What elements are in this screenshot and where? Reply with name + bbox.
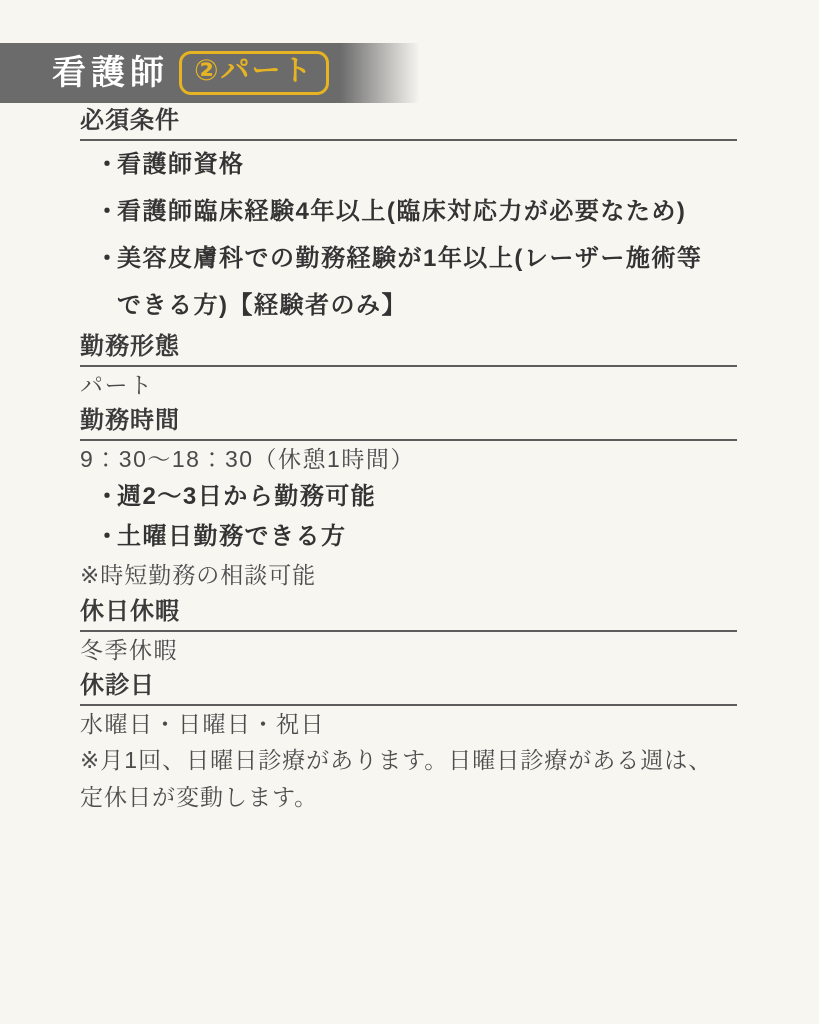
working-hours-note: ※時短勤務の相談可能 [80,557,737,594]
list-item-text: 週2〜3日から勤務可能 [117,477,737,517]
content-area: 必須条件 ・ 看護師資格 ・ 看護師臨床経験4年以上(臨床対応力が必要なため) … [80,103,737,816]
text-line: ※時短勤務の相談可能 [80,562,316,588]
text-line: ※月1回、日曜日診療があります。日曜日診療がある週は、 [80,747,712,773]
section-title-holidays: 休日休暇 [80,594,737,632]
section-title-employment-type: 勤務形態 [80,329,737,367]
list-item-text: 看護師資格 [117,141,737,188]
bullet-icon: ・ [95,517,117,557]
bullet-icon: ・ [95,188,117,235]
job-posting-page: 看護師 ②パート 必須条件 ・ 看護師資格 ・ 看護師臨床経験4年以上(臨床対応… [0,43,819,816]
text-line: できる方)【経験者のみ】 [117,282,737,329]
text-line: 週2〜3日から勤務可能 [117,477,737,517]
list-item: ・ 看護師臨床経験4年以上(臨床対応力が必要なため) [80,188,737,235]
requirements-list: ・ 看護師資格 ・ 看護師臨床経験4年以上(臨床対応力が必要なため) ・ 美容皮… [80,141,737,329]
employment-type-value: パート [80,367,737,403]
bullet-icon: ・ [95,235,117,329]
working-hours-value: 9：30〜18：30（休憩1時間） [80,441,737,477]
list-item-text: 看護師臨床経験4年以上(臨床対応力が必要なため) [117,188,737,235]
list-item: ・ 看護師資格 [80,141,737,188]
working-hours-list: ・ 週2〜3日から勤務可能 ・ 土曜日勤務できる方 [80,477,737,557]
list-item: ・ 土曜日勤務できる方 [80,517,737,557]
text-line: 美容皮膚科での勤務経験が1年以上(レーザー施術等 [117,235,737,282]
header-banner: 看護師 ②パート [0,43,420,103]
section-title-closed-days: 休診日 [80,668,737,706]
section-title-requirements: 必須条件 [80,103,737,141]
bullet-icon: ・ [95,477,117,517]
text-line: 土曜日勤務できる方 [117,517,737,557]
list-item: ・ 週2〜3日から勤務可能 [80,477,737,517]
list-item-text: 美容皮膚科での勤務経験が1年以上(レーザー施術等 できる方)【経験者のみ】 [117,235,737,329]
bullet-icon: ・ [95,141,117,188]
holidays-value: 冬季休暇 [80,632,737,668]
employment-type-badge: ②パート [179,51,329,94]
closed-days-note: ※月1回、日曜日診療があります。日曜日診療がある週は、 定休日が変動します。 [80,742,737,816]
closed-days-value: 水曜日・日曜日・祝日 [80,706,737,742]
text-line: 看護師資格 [117,141,737,188]
page-title: 看護師 [52,56,169,90]
text-line: 看護師臨床経験4年以上(臨床対応力が必要なため) [117,188,737,235]
section-title-working-hours: 勤務時間 [80,403,737,441]
list-item: ・ 美容皮膚科での勤務経験が1年以上(レーザー施術等 できる方)【経験者のみ】 [80,235,737,329]
list-item-text: 土曜日勤務できる方 [117,517,737,557]
text-line: 定休日が変動します。 [80,784,318,810]
